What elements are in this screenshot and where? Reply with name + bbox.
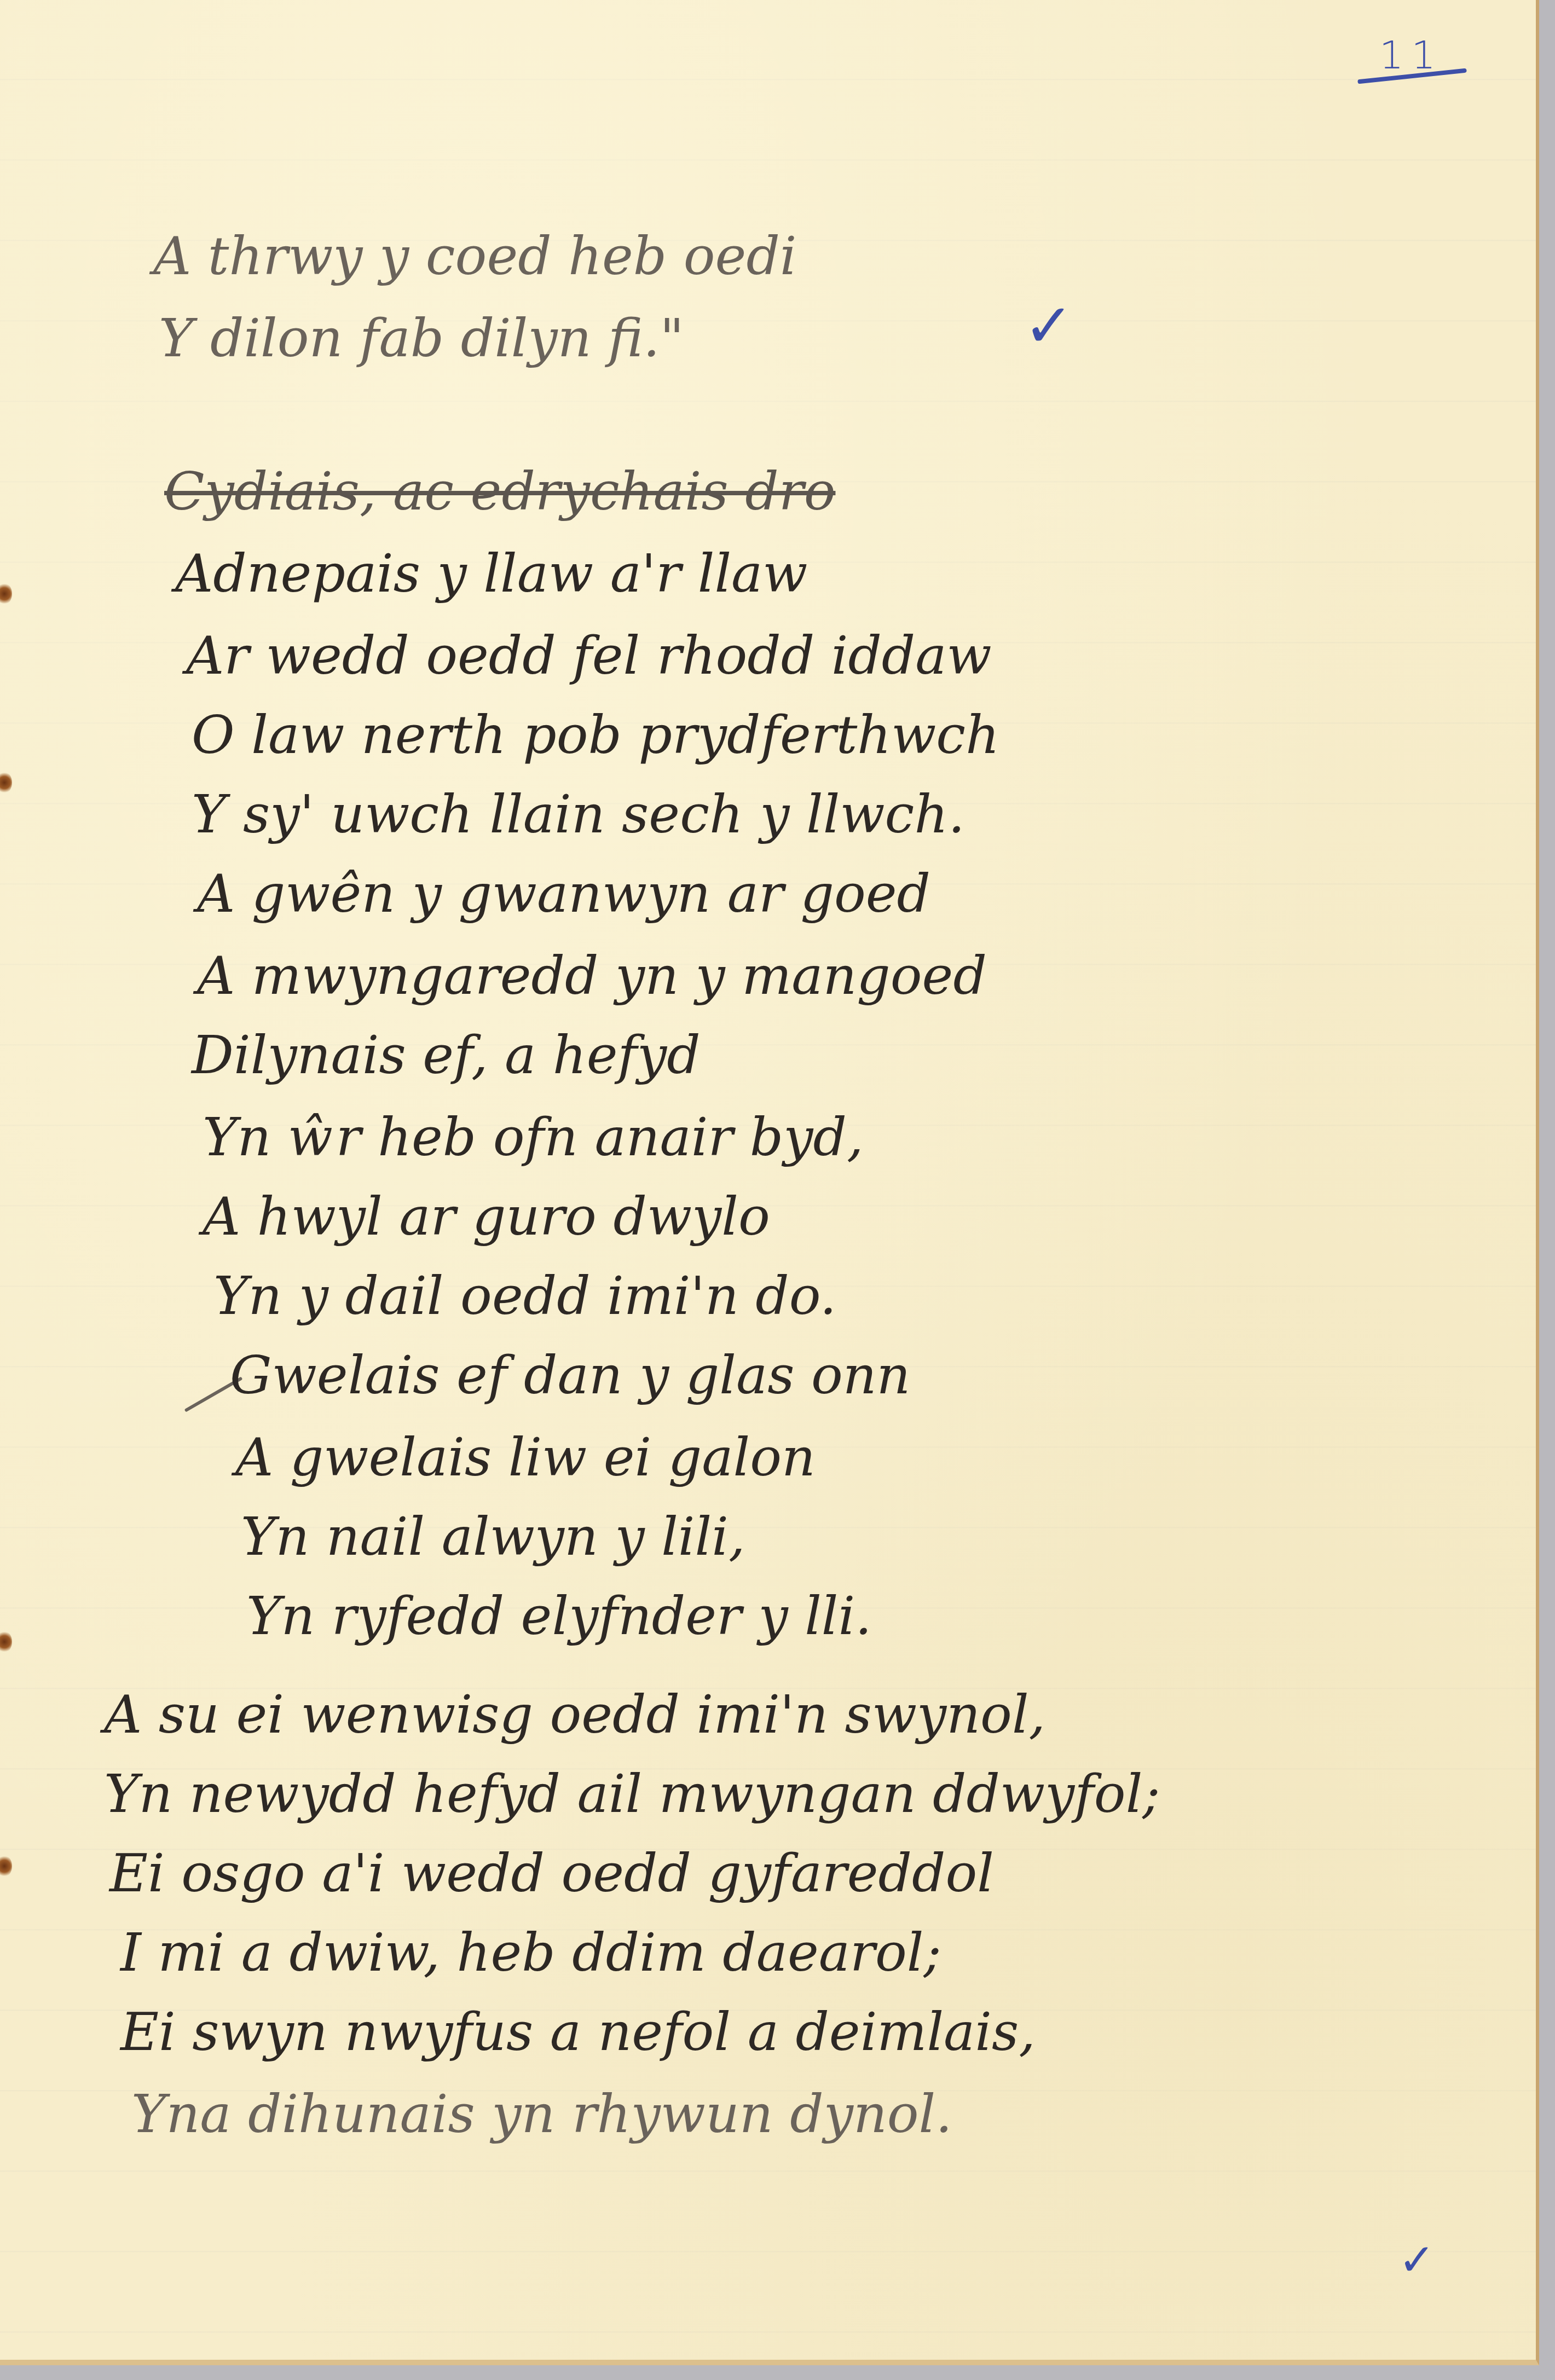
poem-line: Ei osgo a'i wedd oedd gyfareddol	[109, 1847, 994, 1900]
poem-line: A mwyngaredd yn y mangoed	[197, 949, 987, 1002]
poem-line: Adnepais y llaw a'r llaw	[175, 547, 808, 600]
poem-line: A thrwy y coed heb oedi	[153, 230, 797, 282]
rust-staple-mark	[0, 583, 12, 605]
poem-line: Dilynais ef, a hefyd	[192, 1029, 701, 1081]
poem-line: Yn y dail oedd imi'n do.	[213, 1270, 836, 1322]
poem-line: A gwelais liw ei galon	[235, 1431, 816, 1484]
blue-check-icon: ✓	[1398, 2238, 1435, 2282]
poem-line: O law nerth pob prydferthwch	[192, 709, 999, 761]
page-number: 11	[1379, 33, 1443, 78]
poem-line: A su ei wenwisg oedd imi'n swynol,	[104, 1688, 1045, 1741]
poem-line: I mi a dwiw, heb ddim daearol;	[120, 1926, 941, 1979]
poem-line: A hwyl ar guro dwylo	[203, 1190, 770, 1243]
poem-line: Yn newydd hefyd ail mwyngan ddwyfol;	[104, 1768, 1160, 1820]
rust-staple-mark	[0, 1631, 12, 1653]
poem-line: A gwên y gwanwyn ar goed	[197, 867, 930, 920]
manuscript-page: 11 A thrwy y coed heb oedi Y dilon fab d…	[0, 0, 1539, 2365]
poem-line: Yn ŵr heb ofn anair byd,	[203, 1111, 864, 1163]
poem-line: Y dilon fab dilyn fi."	[159, 312, 684, 364]
rust-staple-mark	[0, 1855, 12, 1877]
poem-line: Y sy' uwch llain sech y llwch.	[192, 788, 965, 841]
rust-staple-mark	[0, 772, 12, 794]
poem-line: Yna dihunais yn rhywun dynol.	[131, 2088, 952, 2140]
poem-line: Yn ryfedd elyfnder y lli.	[246, 1590, 872, 1642]
poem-line: Gwelais ef dan y glas onn	[230, 1349, 910, 1402]
poem-line: Ar wedd oedd fel rhodd iddaw	[186, 629, 992, 682]
blue-check-icon: ✓	[1024, 296, 1074, 356]
poem-line: Yn nail alwyn y lili,	[241, 1510, 745, 1563]
struck-through-line: Cydiais, ac edrychais dro	[164, 465, 835, 518]
poem-line: Ei swyn nwyfus a nefol a deimlais,	[120, 2006, 1036, 2058]
